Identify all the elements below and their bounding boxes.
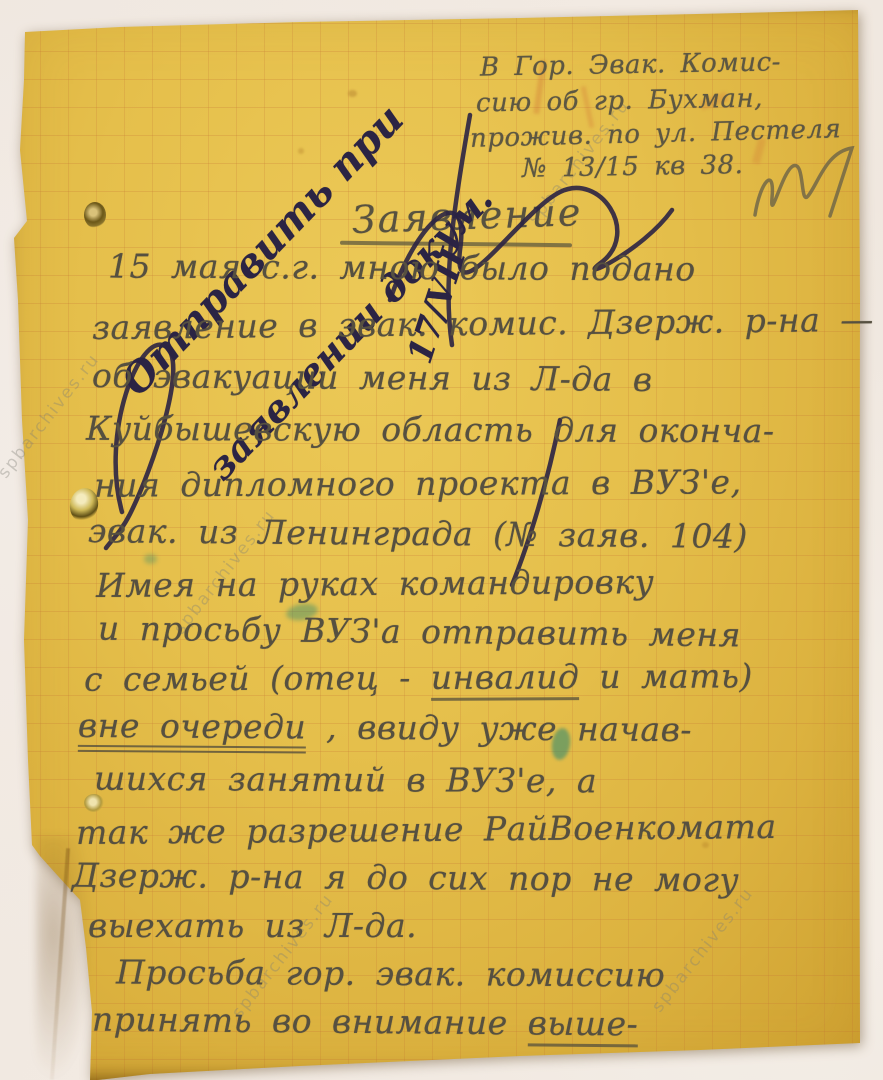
green-smudge (144, 554, 157, 564)
line-text: ния дипломного проекта в ВУЗ'е, (94, 462, 742, 504)
body-line: 15 мая с.г. мною было подано (108, 246, 696, 288)
body-line: шихся занятий в ВУЗ'е, а (94, 759, 597, 801)
line-text: Просьба гор. эвак. комиссию (116, 953, 665, 995)
addressee-line: В Гор. Эвак. Комис- (480, 47, 781, 82)
stain (298, 148, 304, 154)
addressee-line: сию об гр. Бухман, (476, 83, 763, 118)
addressee-line: № 13/15 кв 38. (522, 150, 744, 184)
line-text: выехать из Л-да. (88, 906, 417, 945)
line-text: и просьбу ВУЗ'а отправить меня (98, 609, 741, 655)
body-line: Просьба гор. эвак. комиссию (116, 953, 665, 995)
body-line: Куйбышевскую область для оконча- (86, 409, 775, 450)
body-line: вне очереди , ввиду уже начав- (78, 706, 692, 749)
body-line: эвак. из Ленинграда (№ заяв. 104) (88, 511, 748, 556)
paper-hole (84, 202, 106, 228)
line-text: принять во внимание (92, 1000, 528, 1043)
line-text: и мать) (579, 656, 753, 696)
body-line: ния дипломного проекта в ВУЗ'е, (94, 462, 742, 504)
line-text: эвак. из Ленинграда (№ заяв. 104) (88, 511, 748, 556)
underlined-word: инвалид (431, 657, 580, 701)
line-text: Дзерж. р-на я до сих пор не могу (72, 856, 739, 900)
line-text: Куйбышевскую область для оконча- (86, 409, 775, 450)
line-text: заявление в эвак. комис. Дзерж. р-на — (92, 300, 874, 347)
body-line: и просьбу ВУЗ'а отправить меня (98, 609, 741, 655)
underlined-word: выше- (528, 1003, 639, 1047)
body-line: Имея на руках командировку (96, 562, 654, 605)
line-text: шихся занятий в ВУЗ'е, а (94, 759, 597, 801)
stain (348, 90, 357, 97)
body-line: принять во внимание выше- (92, 1000, 639, 1044)
body-line: об эвакуации меня из Л-да в (92, 356, 653, 399)
body-line: Дзерж. р-на я до сих пор не могу (72, 856, 739, 900)
body-line: с семьей (отец - инвалид и мать) (84, 656, 753, 699)
body-line: заявление в эвак. комис. Дзерж. р-на — (92, 300, 874, 347)
line-text: об эвакуации меня из Л-да в (92, 356, 653, 399)
line-text: так же разрешение РайВоенкомата (76, 807, 777, 852)
underlined-phrase: вне очереди (78, 706, 307, 754)
body-line: выехать из Л-да. (88, 906, 417, 945)
line-text: Имея на руках командировку (96, 562, 654, 605)
line-text: с семьей (отец - (84, 658, 431, 699)
line-text: , ввиду уже начав- (306, 707, 692, 749)
line-text: 15 мая с.г. мною было подано (108, 246, 696, 288)
body-line: так же разрешение РайВоенкомата (76, 807, 777, 852)
